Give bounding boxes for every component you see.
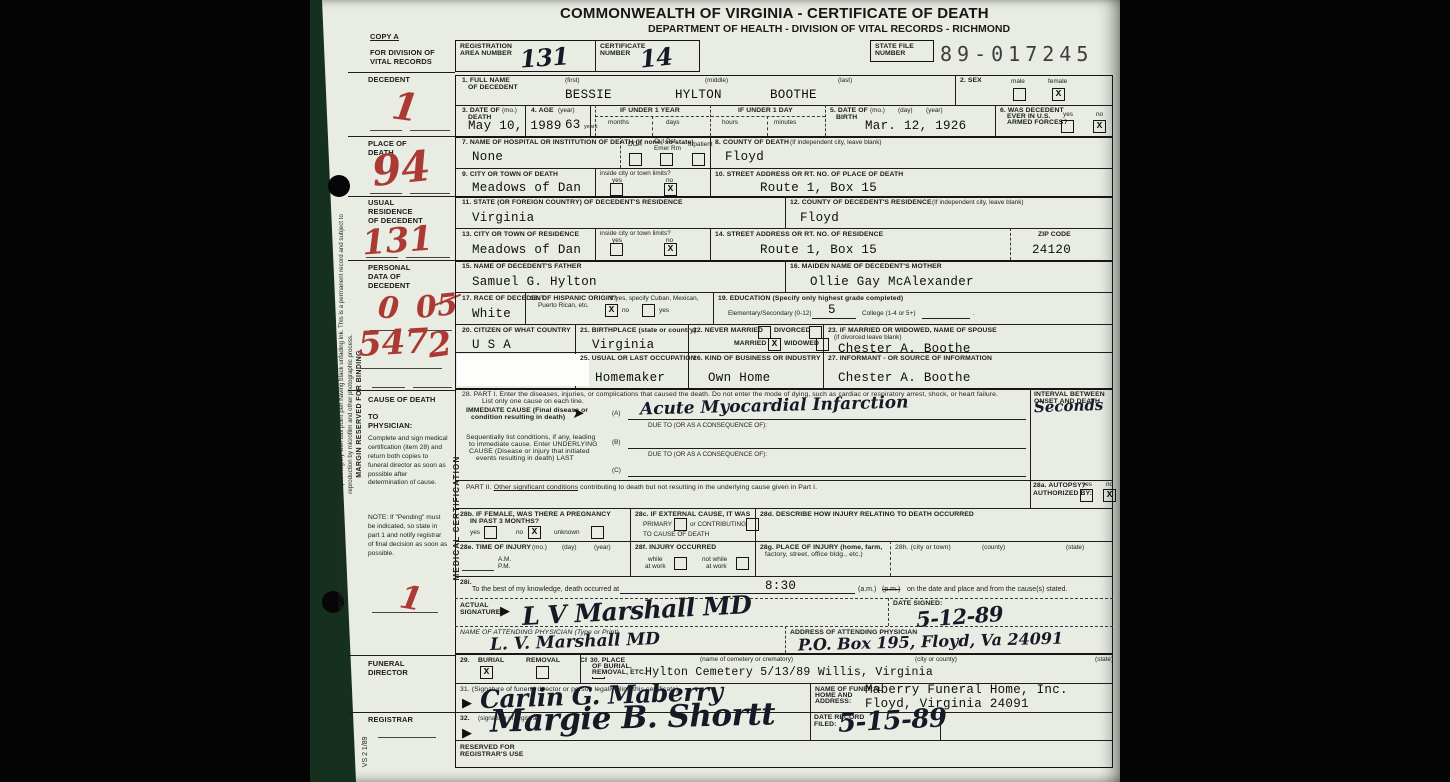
registrar-signature: Margie B. Shortt — [490, 699, 776, 737]
forces-no-checkbox: X — [1093, 120, 1106, 133]
grid-line — [823, 352, 824, 388]
inpatient-label: Inpatient — [688, 141, 713, 149]
date-filed-value: 5-15-89 — [837, 705, 947, 737]
state-file-number: 89-017245 — [940, 44, 1093, 64]
grid-line — [455, 292, 1113, 293]
field30-label3: REMOVAL, ETC. — [592, 669, 646, 677]
divider — [348, 72, 455, 73]
entry-line — [628, 448, 1026, 449]
city-county-note: (city or county) — [915, 656, 957, 664]
limits-question: inside city or town limits? — [600, 170, 671, 178]
field9-label: 9. CITY OR TOWN OF DEATH — [462, 171, 558, 179]
burial-checkbox: X — [480, 666, 493, 679]
grid-line — [785, 196, 786, 228]
section-physician: PHYSICIAN: — [368, 422, 412, 431]
outpat-checkbox — [660, 153, 673, 166]
field28c-label: 28c. IF EXTERNAL CAUSE, IT WAS — [635, 511, 750, 519]
field28f-label: 28f. INJURY OCCURRED — [635, 544, 716, 552]
citizen-value: U S A — [472, 339, 511, 352]
divider — [348, 260, 455, 261]
death-certificate-document: IMPORTANT: Use black ribbon in typewrite… — [310, 0, 1120, 782]
blank-line — [360, 368, 442, 369]
field13-label: 13. CITY OR TOWN OF RESIDENCE — [462, 231, 579, 239]
hispanic-no-label: no — [622, 307, 629, 315]
am-text: (a.m.) — [858, 586, 876, 594]
red-pen-mark: 131 — [361, 222, 434, 261]
part2-header-suffix: contributing to death but not resulting … — [578, 484, 817, 491]
grid-line — [590, 105, 591, 136]
field1-label2: OF DECEDENT — [468, 84, 518, 92]
part2-header: PART II. Other significant conditions co… — [466, 484, 817, 492]
field1-first-label: (first) — [565, 77, 580, 85]
grid-line — [575, 324, 576, 352]
red-pen-mark: 0 — [377, 293, 400, 324]
zip-label: ZIP CODE — [1038, 231, 1071, 239]
forces-yes-label: yes — [1063, 111, 1073, 119]
field28e-day: (day) — [562, 544, 577, 552]
sex-female-checkbox: X — [1052, 88, 1065, 101]
part2-header-prefix: PART II. — [466, 484, 494, 491]
blank-line — [378, 737, 436, 738]
removal-checkbox — [536, 666, 549, 679]
section-funeral-director2: DIRECTOR — [368, 669, 408, 678]
reserved-label2: REGISTRAR'S USE — [460, 751, 524, 759]
death-limits-no-checkbox: X — [664, 183, 677, 196]
due-to-label-b: DUE TO (OR AS A CONSEQUENCE OF): — [648, 451, 767, 459]
blank-line — [812, 318, 856, 319]
section-personal-data3: DECEDENT — [368, 282, 410, 291]
field18-note1: If yes, specify Cuban, Mexican, — [610, 295, 698, 303]
sex-female-label: female — [1048, 78, 1067, 86]
while-at-work-label: at work — [645, 563, 666, 571]
residence-limits-yes-checkbox — [610, 243, 623, 256]
certificate-title: COMMONWEALTH OF VIRGINIA - CERTIFICATE O… — [560, 6, 989, 21]
time-of-death-value: 8:30 — [765, 580, 796, 593]
pm-label: P.M. — [498, 563, 510, 571]
registrar-arrow-icon: ▶ — [462, 726, 472, 739]
forces-no-label: no — [1096, 111, 1103, 119]
field23-note: (if divorced leave blank) — [834, 334, 902, 342]
grid-line — [810, 683, 811, 712]
grid-line — [455, 576, 1113, 577]
grid-line — [595, 168, 596, 196]
residence-state-value: Virginia — [472, 212, 534, 225]
binding-margin-note: IMPORTANT: Use black ribbon in typewrite… — [338, 204, 366, 624]
sequential-label4: events resulting in death) LAST — [476, 455, 574, 463]
field28i-pre: To the best of my knowledge, death occur… — [472, 586, 619, 594]
redaction-box — [457, 354, 589, 386]
spouse-name-value: Chester A. Boothe — [838, 343, 971, 356]
industry-value: Own Home — [708, 372, 770, 385]
field12-note: (If independent city, leave blank) — [932, 199, 1024, 207]
field28g-label2: factory, street, office bldg., etc.) — [765, 551, 863, 559]
primary-label: PRIMARY — [643, 521, 672, 529]
doa-checkbox — [629, 153, 642, 166]
zip-value: 24120 — [1032, 244, 1071, 257]
grid-line — [455, 508, 1113, 509]
doa-label: DOA — [628, 141, 642, 149]
contributing-checkbox — [746, 518, 759, 531]
field28e-mo: (mo.) — [532, 544, 547, 552]
red-pen-mark: 1 — [389, 86, 420, 127]
field16-label: 16. MAIDEN NAME OF DECEDENT'S MOTHER — [790, 263, 942, 271]
field29-number: 29. — [460, 657, 470, 665]
education-college-label: College (1-4 or 5+) — [862, 310, 915, 318]
field28e-year: (year) — [594, 544, 611, 552]
blank-line — [370, 130, 402, 131]
grid-line-dashed — [890, 541, 891, 576]
hispanic-no-checkbox: X — [605, 304, 618, 317]
autopsy-no-checkbox: X — [1103, 489, 1116, 502]
sex-male-label: male — [1011, 78, 1025, 86]
blank-line — [410, 130, 450, 131]
residence-county-value: Floyd — [800, 212, 839, 225]
red-pen-mark: 547 — [357, 324, 430, 362]
city-of-residence-value: Meadows of Dan — [472, 244, 581, 257]
grid-line-dashed — [888, 598, 889, 626]
age-value: 63 — [565, 119, 581, 132]
grid-line — [785, 260, 786, 292]
field21-label: 21. BIRTHPLACE (state or country) — [580, 327, 696, 335]
grid-line — [810, 712, 811, 740]
physician-instructions: Complete and sign medical certification … — [368, 435, 448, 488]
divider — [348, 712, 455, 713]
field14-label: 14. STREET ADDRESS OR RT. NO. OF RESIDEN… — [715, 231, 883, 239]
certificate-number-label2: NUMBER — [600, 50, 630, 58]
autopsy-label: 28a. AUTOPSY? — [1033, 482, 1086, 490]
field5-label2: BIRTH — [836, 114, 857, 122]
section-registrar: REGISTRAR — [368, 716, 413, 725]
certificate-number-value: 14 — [639, 44, 674, 71]
informant-value: Chester A. Boothe — [838, 372, 971, 385]
pregnancy-no-checkbox: X — [528, 526, 541, 539]
grid-line-dashed — [595, 116, 825, 117]
cause-arrow-icon: ➤ — [572, 406, 585, 421]
grid-line — [455, 324, 1113, 325]
grid-line — [595, 228, 596, 260]
blank-line — [462, 570, 494, 571]
entry-line — [628, 476, 1026, 477]
blank-line — [370, 193, 402, 194]
blank-line — [372, 612, 438, 613]
pregnancy-yes-checkbox — [484, 526, 497, 539]
divider — [348, 136, 455, 137]
while-at-work-checkbox — [674, 557, 687, 570]
hispanic-yes-checkbox — [642, 304, 655, 317]
funeral-director-arrow-icon: ▶ — [462, 696, 472, 709]
copy-for-line2: VITAL RECORDS — [370, 58, 432, 67]
state-note: (state) — [1095, 656, 1113, 664]
widowed-label: WIDOWED — [784, 340, 819, 348]
blank-line — [922, 318, 970, 319]
city-of-death-value: Meadows of Dan — [472, 182, 581, 195]
grid-line-dashed — [767, 116, 768, 136]
funeral-home-name: Maberry Funeral Home, Inc. — [865, 684, 1068, 697]
grid-line-dashed — [595, 105, 596, 136]
field28h-state-label: (state) — [1066, 544, 1084, 552]
grid-line — [630, 541, 631, 576]
red-pen-mark: 2 — [426, 327, 454, 364]
field28h-county-label: (county) — [982, 544, 1005, 552]
divider — [348, 390, 455, 391]
inpatient-checkbox — [692, 153, 705, 166]
cemetery-note: (name of cemetery or crematory) — [700, 656, 793, 664]
decedent-middle-name: HYLTON — [675, 89, 722, 102]
residence-address-value: Route 1, Box 15 — [760, 244, 877, 257]
field3-mo: (mo.) — [502, 107, 517, 115]
hours-label: hours — [722, 119, 738, 127]
grid-line — [755, 541, 756, 576]
field28b-label2: IN PAST 3 MONTHS? — [470, 518, 539, 526]
field28d-label: 28d. DESCRIBE HOW INJURY RELATING TO DEA… — [760, 511, 974, 519]
blank-line — [410, 193, 450, 194]
place-of-burial-value: Hylton Cemetery 5/13/89 Willis, Virginia — [645, 667, 933, 679]
divider — [348, 655, 455, 656]
education-elementary-label: Elementary/Secondary (0-12) — [728, 310, 811, 318]
date-filed-label2: FILED: — [814, 721, 837, 729]
interval-value: Seconds — [1034, 398, 1104, 415]
field2-label: 2. SEX — [960, 77, 982, 85]
field26-label: 26. KIND OF BUSINESS OR INDUSTRY — [693, 355, 821, 363]
registration-area-label2: AREA NUMBER — [460, 50, 512, 58]
mother-name-value: Ollie Gay McAlexander — [810, 276, 974, 289]
red-pen-mark: 1 — [397, 580, 424, 615]
grid-line-dashed — [652, 116, 653, 136]
field12-label: 12. COUNTY OF DECEDENT'S RESIDENCE — [790, 199, 932, 207]
residence-limits-no-checkbox: X — [664, 243, 677, 256]
decedent-first-name: BESSIE — [565, 89, 612, 102]
pm-text-struck: (p.m.) — [882, 586, 900, 594]
days-label: days — [666, 119, 680, 127]
line-c-label: (C) — [612, 467, 621, 475]
pregnancy-unknown-checkbox — [591, 526, 604, 539]
age-years-label: years — [584, 124, 597, 131]
grid-line — [455, 541, 1113, 542]
field28e-label: 28e. TIME OF INJURY — [460, 544, 531, 552]
due-to-label-a: DUE TO (OR AS A CONSEQUENCE OF): — [648, 422, 767, 430]
grid-line-dashed — [710, 105, 711, 136]
field8-note: (If independent city, leave blank) — [790, 139, 882, 147]
field3-year: (year) — [558, 107, 575, 115]
never-married-label: 22. NEVER MARRIED — [693, 327, 763, 335]
grid-line-dashed — [785, 626, 786, 653]
line-b-label: (B) — [612, 439, 621, 447]
decedent-last-name: BOOTHE — [770, 89, 817, 102]
field1-last-label: (last) — [838, 77, 852, 85]
date-of-birth-value: Mar. 12, 1926 — [865, 120, 966, 133]
grid-line — [955, 75, 956, 105]
field15-label: 15. NAME OF DECEDENT'S FATHER — [462, 263, 582, 271]
under-1-year-label: IF UNDER 1 YEAR — [620, 107, 680, 115]
birthplace-value: Virginia — [592, 339, 654, 352]
state-file-label2: NUMBER — [875, 50, 905, 58]
copy-a-label: COPY A — [370, 33, 399, 42]
blank-line — [413, 387, 452, 388]
part2-header-underlined: Other significant conditions — [494, 484, 578, 491]
field5-year: (year) — [926, 107, 943, 115]
grid-line — [455, 740, 1113, 741]
occupation-value: Homemaker — [595, 372, 665, 385]
field20-label: 20. CITIZEN OF WHAT COUNTRY — [462, 327, 571, 335]
married-label: MARRIED — [734, 340, 766, 348]
section-cause-of-death: CAUSE OF DEATH — [368, 396, 436, 405]
field5-day: (day) — [898, 107, 913, 115]
not-while-at-work-label: at work — [706, 563, 727, 571]
red-pen-mark: 05 — [415, 290, 460, 324]
grid-line — [995, 105, 996, 136]
blank-line — [372, 387, 405, 388]
grid-line — [710, 228, 711, 260]
field10-label: 10. STREET ADDRESS OR RT. NO. OF PLACE O… — [715, 171, 903, 179]
margin-binding-text: MARGIN RESERVED FOR BINDING — [355, 204, 366, 624]
field28h-city-label: 28h. (city or town) — [895, 544, 951, 552]
contributing-label: or CONTRIBUTING — [690, 521, 746, 529]
grid-line — [630, 508, 631, 541]
outpat-label2: Emer Rm — [654, 145, 681, 153]
months-label: months — [608, 119, 629, 127]
certificate-subtitle: DEPARTMENT OF HEALTH - DIVISION OF VITAL… — [648, 24, 1010, 35]
pregnancy-no-label: no — [516, 529, 523, 537]
removal-label: REMOVAL — [526, 657, 560, 665]
grid-line — [455, 228, 1113, 229]
red-pen-mark: 94 — [370, 145, 433, 193]
field32-number: 32. — [460, 715, 470, 723]
race-value: White — [472, 308, 511, 321]
to-cause-label: TO CAUSE OF DEATH — [643, 531, 709, 539]
screenshot: IMPORTANT: Use black ribbon in typewrite… — [0, 0, 1450, 782]
pregnancy-yes-label: yes — [470, 529, 480, 537]
field18-note2: Puerto Rican, etc. — [538, 302, 589, 310]
blank-line — [406, 257, 450, 258]
field6-label3: ARMED FORCES? — [1007, 119, 1068, 127]
minutes-label: minutes — [774, 119, 796, 127]
education-value: 5 — [828, 304, 836, 317]
widowed-checkbox — [816, 338, 829, 351]
grid-line — [595, 40, 596, 72]
autopsy-no-label: no — [1106, 481, 1113, 489]
field19-label: 19. EDUCATION (Specify only highest grad… — [718, 295, 903, 303]
funeral-home-label3: ADDRESS: — [815, 698, 851, 706]
date-signed-value: 5-12-89 — [915, 603, 1003, 630]
grid-line-dashed — [825, 105, 826, 136]
county-of-death-value: Floyd — [725, 151, 764, 164]
hospital-value: None — [472, 151, 503, 164]
immediate-cause-label2: condition resulting in death) — [471, 414, 565, 422]
field28i-number: 28i. — [460, 579, 472, 587]
pending-note: NOTE: If "Pending" must be indicated, so… — [368, 514, 448, 558]
entry-line — [628, 419, 1026, 420]
death-limits-yes-checkbox — [610, 183, 623, 196]
signature-arrow-icon: ▶ — [500, 604, 510, 617]
father-name-value: Samuel G. Hylton — [472, 276, 597, 289]
punch-hole — [328, 175, 350, 197]
margin-important-text: IMPORTANT: Use black ribbon in typewrite… — [338, 204, 355, 624]
field8-label: 8. COUNTY OF DEATH — [715, 139, 789, 147]
grid-line — [455, 480, 1113, 481]
grid-line-dashed — [455, 598, 1113, 599]
line-a-label: (A) — [612, 410, 621, 418]
field27-label: 27. INFORMANT - OR SOURCE OF INFORMATION — [828, 355, 992, 363]
under-1-day-label: IF UNDER 1 DAY — [738, 107, 793, 115]
field25-label: 25. USUAL OR LAST OCCUPATION — [580, 355, 696, 363]
autopsy-yes-label: yes — [1082, 481, 1092, 489]
part1-header2: List only one cause on each line. — [482, 398, 584, 406]
grid-line — [710, 168, 711, 196]
field5-mo: (mo.) — [870, 107, 885, 115]
education-period: . — [973, 310, 975, 318]
hispanic-yes-label: yes — [659, 307, 669, 315]
sex-male-checkbox — [1013, 88, 1026, 101]
field4-label: 4. AGE — [529, 107, 556, 115]
field1-middle-label: (middle) — [705, 77, 728, 85]
pregnancy-unknown-label: unknown — [554, 529, 580, 537]
primary-checkbox — [674, 518, 687, 531]
forces-yes-checkbox — [1061, 120, 1074, 133]
field28i-post: on the date and place and from the cause… — [907, 586, 1067, 594]
signature-label: SIGNATURE — [460, 609, 500, 617]
grid-line — [713, 292, 714, 324]
grid-line — [455, 168, 1113, 169]
not-while-at-work-checkbox — [736, 557, 749, 570]
divorced-label: DIVORCED — [774, 327, 811, 335]
grid-line — [1030, 388, 1031, 508]
autopsy-yes-checkbox — [1080, 489, 1093, 502]
grid-line-dashed — [1010, 228, 1011, 260]
date-of-death-value: May 10, 1989 — [468, 120, 562, 133]
limits-question2: inside city or town limits? — [600, 230, 671, 238]
field11-label: 11. STATE (OR FOREIGN COUNTRY) OF DECEDE… — [462, 199, 683, 207]
registration-area-value: 131 — [519, 44, 569, 71]
blank-line — [366, 257, 398, 258]
married-checkbox: X — [768, 338, 781, 351]
place-of-death-address: Route 1, Box 15 — [760, 182, 877, 195]
divider — [348, 196, 455, 197]
burial-label: BURIAL — [478, 657, 504, 665]
